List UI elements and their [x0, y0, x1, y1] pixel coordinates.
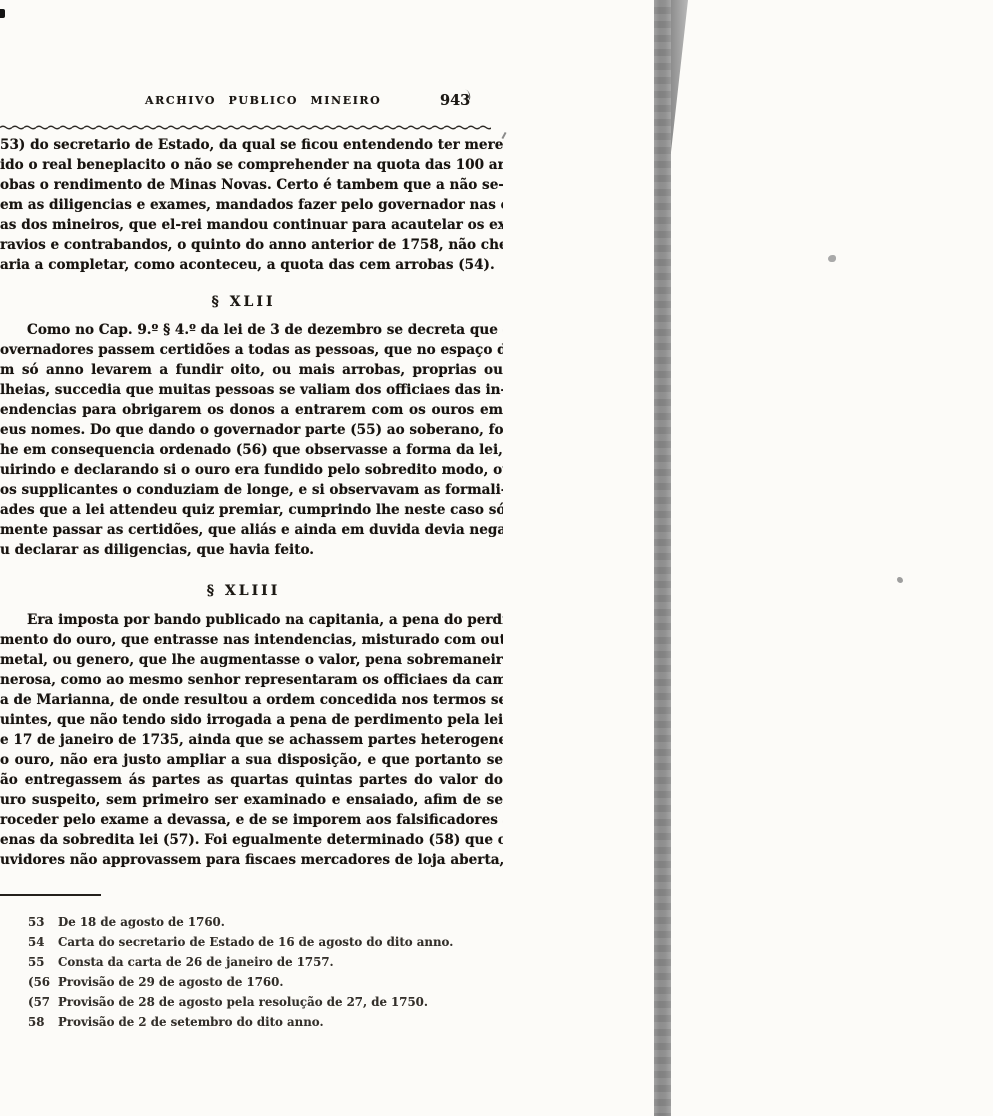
scan-speck	[828, 255, 836, 262]
section-heading-xlii: § XLII	[0, 293, 503, 311]
footnote-marker: 58	[28, 1012, 52, 1032]
text-line: uro suspeito, sem primeiro ser examinado…	[0, 790, 503, 810]
text-line: eus nomes. Do que dando o governador par…	[0, 420, 503, 440]
footnote: 53De 18 de agosto de 1760.	[0, 912, 520, 932]
text-line: m só anno levarem a fundir oito, ou mais…	[0, 360, 503, 380]
text-line: 53) do secretario de Estado, da qual se …	[0, 135, 503, 155]
footnote-text: De 18 de agosto de 1760.	[58, 912, 225, 932]
footnote-text: Provisão de 2 de setembro do dito anno.	[58, 1012, 324, 1032]
text-line: lheias, succedia que muitas pessoas se v…	[0, 380, 503, 400]
footnote-block: 53De 18 de agosto de 1760.54Carta do sec…	[0, 912, 520, 1032]
footnote-marker: 55	[28, 952, 52, 972]
text-line: o ouro, não era justo ampliar a sua disp…	[0, 750, 503, 770]
footnote: 55Consta da carta de 26 de janeiro de 17…	[0, 952, 520, 972]
footnote-marker: (57	[28, 992, 52, 1012]
gutter-shadow-flare	[671, 0, 688, 152]
footnote: (57Provisão de 28 de agosto pela resoluç…	[0, 992, 520, 1012]
footnote: (56Provisão de 29 de agosto de 1760.	[0, 972, 520, 992]
text-line: ido o real beneplacito o não se comprehe…	[0, 155, 503, 175]
text-line: mento do ouro, que entrasse nas intenden…	[0, 630, 503, 650]
footnote-marker: (56	[28, 972, 52, 992]
scan-speck	[501, 132, 506, 139]
text-line: os supplicantes o conduziam de longe, e …	[0, 480, 503, 500]
gutter-shadow-band	[654, 0, 671, 1116]
text-line: roceder pelo exame a devassa, e de se im…	[0, 810, 503, 830]
footnote-marker: 53	[28, 912, 52, 932]
text-line: Como no Cap. 9.º § 4.º da lei de 3 de de…	[0, 320, 503, 340]
paragraph-xlii: Como no Cap. 9.º § 4.º da lei de 3 de de…	[0, 320, 503, 560]
text-line: overnadores passem certidões a todas as …	[0, 340, 503, 360]
footnote-text: Carta do secretario de Estado de 16 de a…	[58, 932, 453, 952]
text-line: metal, ou genero, que lhe augmentasse o …	[0, 650, 503, 670]
section-heading-xliii: § XLIII	[0, 582, 503, 600]
footnote: 54Carta do secretario de Estado de 16 de…	[0, 932, 520, 952]
footnote-rule	[0, 894, 101, 896]
text-line: enas da sobredita lei (57). Foi egualmen…	[0, 830, 503, 850]
text-line: obas o rendimento de Minas Novas. Certo …	[0, 175, 503, 195]
paragraph-continuation: 53) do secretario de Estado, da qual se …	[0, 135, 503, 275]
scan-speck	[463, 89, 472, 99]
text-line: ravios e contrabandos, o quinto do anno …	[0, 235, 503, 255]
text-line: aria a completar, como aconteceu, a quot…	[0, 255, 503, 275]
text-line: uintes, que não tendo sido irrogada a pe…	[0, 710, 503, 730]
scan-speck	[0, 9, 5, 18]
paragraph-xliii: Era imposta por bando publicado na capit…	[0, 610, 503, 870]
header-rule	[0, 115, 491, 121]
text-line: em as diligencias e exames, mandados faz…	[0, 195, 503, 215]
footnote-text: Provisão de 28 de agosto pela resolução …	[58, 992, 428, 1012]
journal-title: ARCHIVO PUBLICO MINEIRO	[145, 94, 381, 107]
text-line: endencias para obrigarem os donos a entr…	[0, 400, 503, 420]
text-line: uvidores não approvassem para fiscaes me…	[0, 850, 503, 870]
text-line: ão entregassem ás partes as quartas quin…	[0, 770, 503, 790]
text-line: mente passar as certidões, que aliás e a…	[0, 520, 503, 540]
text-line: ades que a lei attendeu quiz premiar, cu…	[0, 500, 503, 520]
text-line: he em consequencia ordenado (56) que obs…	[0, 440, 503, 460]
text-line: uirindo e declarando si o ouro era fundi…	[0, 460, 503, 480]
footnote-text: Consta da carta de 26 de janeiro de 1757…	[58, 952, 334, 972]
scan-speck	[897, 577, 903, 583]
text-line: Era imposta por bando publicado na capit…	[0, 610, 503, 630]
text-line: as dos mineiros, que el-rei mandou conti…	[0, 215, 503, 235]
text-line: e 17 de janeiro de 1735, ainda que se ac…	[0, 730, 503, 750]
scanned-book-page: ARCHIVO PUBLICO MINEIRO 943 53) do secre…	[0, 0, 993, 1116]
footnote: 58Provisão de 2 de setembro do dito anno…	[0, 1012, 520, 1032]
footnote-marker: 54	[28, 932, 52, 952]
text-line: u declarar as diligencias, que havia fei…	[0, 540, 503, 560]
footnote-text: Provisão de 29 de agosto de 1760.	[58, 972, 283, 992]
text-line: nerosa, como ao mesmo senhor representar…	[0, 670, 503, 690]
text-line: a de Marianna, de onde resultou a ordem …	[0, 690, 503, 710]
